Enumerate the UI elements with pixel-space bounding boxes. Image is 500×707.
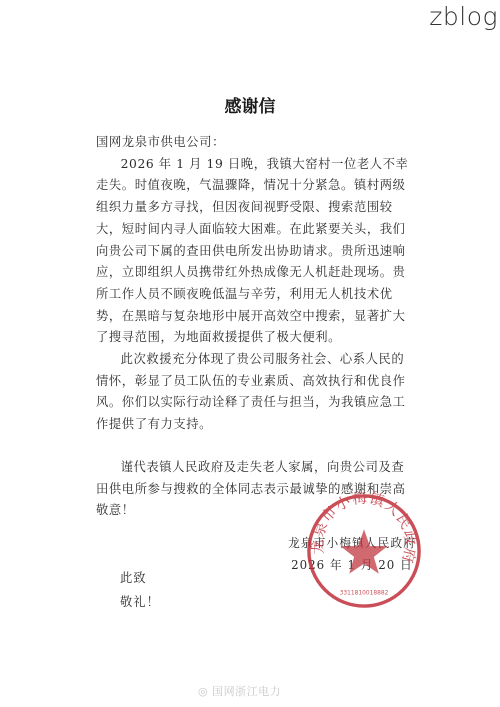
weibo-icon: ◎ bbox=[198, 685, 208, 698]
weibo-watermark: ◎国网浙江电力 bbox=[198, 683, 281, 699]
letter-title: 感谢信 bbox=[0, 92, 500, 117]
watermark-text: 国网浙江电力 bbox=[212, 685, 281, 698]
closing-line-1: 此致 bbox=[120, 566, 160, 590]
salutation: 国网龙泉市供电公司： bbox=[96, 132, 410, 154]
letter-body: 国网龙泉市供电公司： 2026 年 1 月 19 日晚，我镇大窑村一位老人不幸走… bbox=[96, 132, 410, 522]
paragraph-2: 此次救援充分体现了贵公司服务社会、心系人民的情怀，彰显了员工队伍的专业素质、高效… bbox=[96, 349, 410, 436]
official-seal-icon: 龙泉市小梅镇人民政府 3311810018882 bbox=[305, 492, 423, 610]
svg-text:3311810018882: 3311810018882 bbox=[340, 590, 389, 596]
closing: 此致 敬礼！ bbox=[120, 566, 160, 614]
brand-logo-text: zblog bbox=[429, 2, 498, 31]
paragraph-1: 2026 年 1 月 19 日晚，我镇大窑村一位老人不幸走失。时值夜晚，气温骤降… bbox=[96, 154, 410, 349]
closing-line-2: 敬礼！ bbox=[120, 590, 160, 614]
